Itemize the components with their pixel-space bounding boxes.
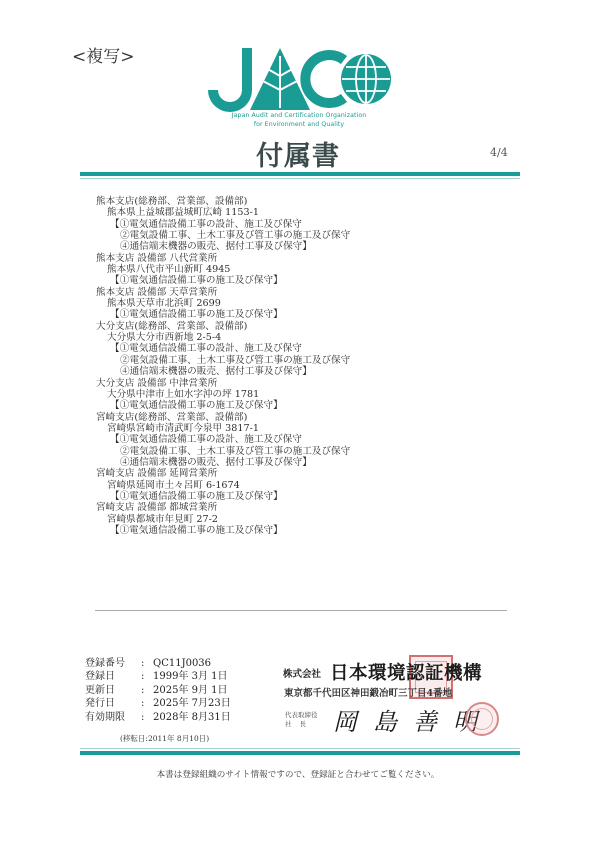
site-name: 宮崎支店(総務部、営業部、設備部) bbox=[96, 412, 516, 423]
page-number: 4/4 bbox=[490, 146, 508, 159]
site-scope: 【①電気通信設備工事の施工及び保守】 bbox=[96, 491, 516, 502]
expiry-date: 2028年 8月31日 bbox=[153, 711, 231, 724]
registration-label: 登録番号 bbox=[85, 657, 141, 670]
site-name: 熊本支店 設備部 天草営業所 bbox=[96, 287, 516, 298]
footer-note: 本書は登録組織のサイト情報ですので、登録証と合わせてご覧ください。 bbox=[0, 768, 596, 780]
renewal-date: 2025年 9月 1日 bbox=[153, 684, 228, 697]
issuer-address: 東京都千代田区神田鍛冶町三丁目4番地 bbox=[284, 685, 452, 699]
site-scope: 【①電気通信設備工事の設計、施工及び保守 bbox=[96, 343, 516, 354]
registration-number-row: 登録番号 : QC11J0036 bbox=[85, 657, 231, 670]
registration-date-row: 登録日 : 1999年 3月 1日 bbox=[85, 670, 231, 683]
registration-label: 有効期限 bbox=[85, 711, 141, 724]
registration-label: 更新日 bbox=[85, 684, 141, 697]
issuer-name: 日本環境認証機構 bbox=[330, 659, 482, 685]
jaco-logo bbox=[206, 46, 392, 122]
site-address: 熊本県上益城郡益城町広崎 1153-1 bbox=[96, 207, 516, 218]
registration-label: 発行日 bbox=[85, 697, 141, 710]
personal-seal-icon bbox=[465, 702, 499, 736]
site-scope: 【①電気通信設備工事の施工及び保守】 bbox=[96, 525, 516, 536]
issue-date: 2025年 7月23日 bbox=[153, 697, 231, 710]
site-address: 宮崎県都城市年見町 27-2 bbox=[96, 514, 516, 525]
site-scope: ④通信端末機器の販売、据付工事及び保守】 bbox=[96, 457, 516, 468]
logo-org-name-line1: Japan Audit and Certification Organizati… bbox=[196, 112, 402, 119]
site-address: 大分県大分市西新地 2-5-4 bbox=[96, 332, 516, 343]
site-scope: 【①電気通信設備工事の施工及び保守】 bbox=[96, 400, 516, 411]
site-address: 宮崎県宮崎市清武町今泉甲 3817-1 bbox=[96, 423, 516, 434]
site-scope: 【①電気通信設備工事の施工及び保守】 bbox=[96, 309, 516, 320]
site-address: 宮崎県延岡市土々呂町 6-1674 bbox=[96, 480, 516, 491]
registration-date: 1999年 3月 1日 bbox=[153, 670, 228, 683]
site-name: 宮崎支店 設備部 都城営業所 bbox=[96, 502, 516, 513]
representative-title-2: 社長 bbox=[285, 719, 314, 728]
representative-title: 代表取締役 bbox=[285, 710, 318, 719]
copy-mark: <複写> bbox=[72, 42, 135, 67]
site-name: 大分支店 設備部 中津営業所 bbox=[96, 378, 516, 389]
site-address: 熊本県八代市平山新町 4945 bbox=[96, 264, 516, 275]
registration-number: QC11J0036 bbox=[153, 657, 211, 670]
header-rule bbox=[80, 172, 520, 176]
site-scope: 【①電気通信設備工事の施工及び保守】 bbox=[96, 275, 516, 286]
site-scope: ②電気設備工事、土木工事及び管工事の施工及び保守 bbox=[96, 230, 516, 241]
site-name: 熊本支店(総務部、営業部、設備部) bbox=[96, 196, 516, 207]
footer-rule-thin bbox=[80, 748, 520, 749]
site-name: 大分支店(総務部、営業部、設備部) bbox=[96, 321, 516, 332]
separator: : bbox=[141, 711, 153, 724]
site-address: 熊本県天草市北浜町 2699 bbox=[96, 298, 516, 309]
footer-rule bbox=[80, 751, 520, 755]
site-scope: ②電気設備工事、土木工事及び管工事の施工及び保守 bbox=[96, 355, 516, 366]
content-end-rule bbox=[95, 610, 507, 611]
separator: : bbox=[141, 697, 153, 710]
issue-date-row: 発行日 : 2025年 7月23日 bbox=[85, 697, 231, 710]
site-name: 熊本支店 設備部 八代営業所 bbox=[96, 253, 516, 264]
site-address: 大分県中津市上如水字沖の坪 1781 bbox=[96, 389, 516, 400]
renewal-date-row: 更新日 : 2025年 9月 1日 bbox=[85, 684, 231, 697]
site-scope: 【①電気通信設備工事の設計、施工及び保守 bbox=[96, 434, 516, 445]
header-rule-thin bbox=[80, 178, 520, 179]
site-scope: 【①電気通信設備工事の設計、施工及び保守 bbox=[96, 219, 516, 230]
jaco-logo-icon bbox=[206, 46, 392, 112]
logo-org-name-line2: for Environment and Quality bbox=[196, 121, 402, 128]
site-scope: ④通信端末機器の販売、据付工事及び保守】 bbox=[96, 241, 516, 252]
issuer-company-type: 株式会社 bbox=[283, 666, 321, 680]
registration-label: 登録日 bbox=[85, 670, 141, 683]
separator: : bbox=[141, 670, 153, 683]
separator: : bbox=[141, 657, 153, 670]
transfer-date-note: (移転日:2011年 8月10日) bbox=[120, 733, 209, 744]
site-scope: ②電気設備工事、土木工事及び管工事の施工及び保守 bbox=[96, 446, 516, 457]
site-name: 宮崎支店 設備部 延岡営業所 bbox=[96, 468, 516, 479]
separator: : bbox=[141, 684, 153, 697]
site-scope: ④通信端末機器の販売、据付工事及び保守】 bbox=[96, 366, 516, 377]
expiry-date-row: 有効期限 : 2028年 8月31日 bbox=[85, 711, 231, 724]
site-list: 熊本支店(総務部、営業部、設備部) 熊本県上益城郡益城町広崎 1153-1 【①… bbox=[96, 196, 516, 536]
registration-info: 登録番号 : QC11J0036 登録日 : 1999年 3月 1日 更新日 :… bbox=[85, 657, 231, 724]
